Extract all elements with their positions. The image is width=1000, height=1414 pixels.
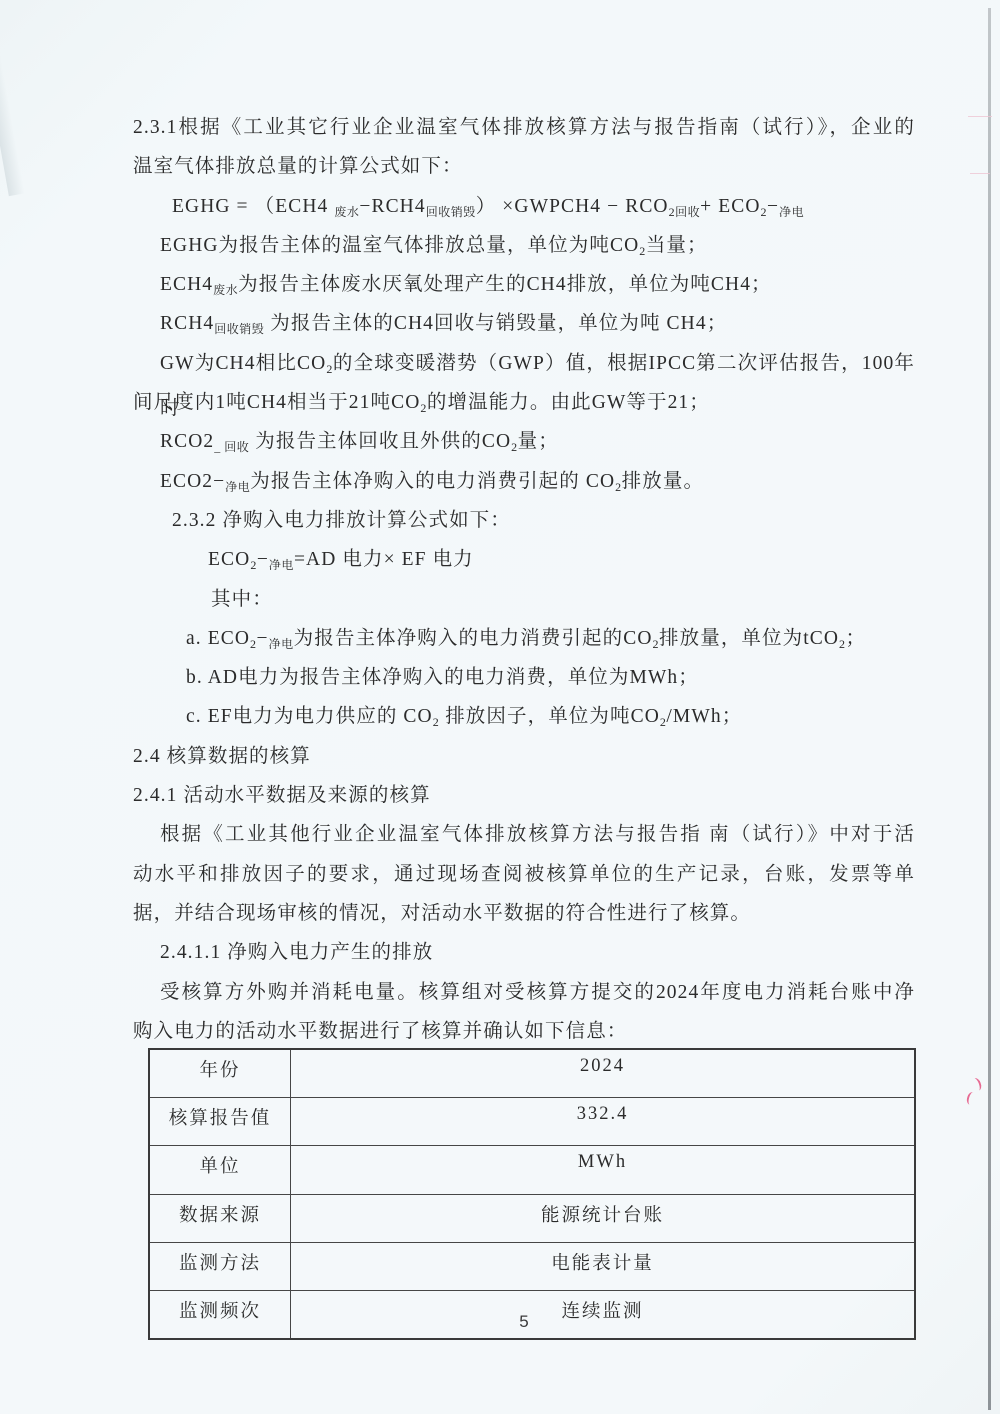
text-segment: ECH4 — [160, 274, 213, 295]
text-segment: 受核算方外购并消耗电量。核算组对受核算方提交的2024年度电力消耗台账中净 — [160, 982, 915, 1003]
text-line: ECH4废水为报告主体废水厌氧处理产生的CH4排放，单位为吨CH4； — [0, 265, 1000, 304]
scan-pink-mark — [965, 1091, 977, 1106]
text-segment: −RCH4 — [359, 196, 425, 217]
text-segment: ECO2− — [160, 471, 225, 492]
text-line: ECO2−净电为报告主体净购入的电力消费引起的 CO2排放量。 — [0, 462, 1000, 501]
table-row: 年份2024 — [149, 1049, 915, 1098]
text-line: 购入电力的活动水平数据进行了核算并确认如下信息： — [0, 1012, 1000, 1051]
text-line: GW为CH4相比CO2的全球变暖潜势（GWP）值，根据IPCC第二次评估报告，1… — [0, 344, 915, 383]
text-segment: 为报告主体回收且外供的CO — [249, 431, 511, 452]
subscript-text: 净电 — [269, 558, 294, 572]
text-line: a. ECO2−净电为报告主体净购入的电力消费引起的CO2排放量，单位为tCO2… — [0, 619, 1000, 658]
text-line: 根据《工业其他行业企业温室气体排放核算方法与报告指 南（试行）》中对于活 — [0, 815, 915, 854]
row-label: 年份 — [149, 1049, 291, 1098]
text-segment: − — [257, 628, 269, 649]
row-value: 332.4 — [291, 1098, 916, 1146]
text-segment: b. AD电力为报告主体净购入的电力消费，单位为MWh； — [186, 667, 699, 688]
text-segment: 据，并结合现场审核的情况，对活动水平数据的符合性进行了核算。 — [133, 903, 751, 924]
text-line: b. AD电力为报告主体净购入的电力消费，单位为MWh； — [0, 658, 1000, 697]
subscript-text: 净电 — [225, 480, 250, 494]
text-line: 受核算方外购并消耗电量。核算组对受核算方提交的2024年度电力消耗台账中净 — [0, 973, 915, 1012]
text-segment: 根据《工业其他行业企业温室气体排放核算方法与报告指 南（试行）》中对于活 — [160, 824, 915, 845]
table-row: 单位MWh — [149, 1146, 915, 1194]
text-line: RCH4回收销毁 为报告主体的CH4回收与销毁量，单位为吨 CH4； — [0, 304, 1000, 343]
text-line: 据，并结合现场审核的情况，对活动水平数据的符合性进行了核算。 — [0, 894, 1000, 933]
text-segment: EGHG为报告主体的温室气体排放总量，单位为吨CO — [160, 235, 639, 256]
text-segment: 2.4.1.1 净购入电力产生的排放 — [160, 942, 433, 963]
row-label: 核算报告值 — [149, 1098, 291, 1146]
text-segment: EGHG = （ECH4 — [172, 196, 334, 217]
subscript-text: 净电 — [779, 205, 804, 219]
subscript-text: 废水 — [213, 283, 238, 297]
activity-data-table: 年份2024核算报告值332.4单位MWh数据来源能源统计台账监测方法电能表计量… — [148, 1048, 916, 1340]
text-segment: 2.4 核算数据的核算 — [133, 746, 311, 767]
text-lines: 2.3.1根据《工业其它行业企业温室气体排放核算方法与报告指南（试行）》，企业的… — [0, 108, 1000, 1051]
text-line: 间尺度内1吨CH4相当于21吨CO2的增温能力。由此GW等于21； — [0, 383, 1000, 422]
row-label: 监测方法 — [149, 1242, 291, 1290]
text-line: EGHG为报告主体的温室气体排放总量，单位为吨CO2当量； — [0, 226, 1000, 265]
text-segment: 2.3.2 净购入电力排放计算公式如下： — [172, 510, 511, 531]
document-page: 2.3.1根据《工业其它行业企业温室气体排放核算方法与报告指南（试行）》，企业的… — [0, 0, 1000, 1414]
subscript-text: 2回收 — [669, 205, 701, 219]
text-segment: RCO2 — [160, 431, 214, 452]
row-label: 单位 — [149, 1146, 291, 1194]
activity-table-body: 年份2024核算报告值332.4单位MWh数据来源能源统计台账监测方法电能表计量… — [149, 1049, 915, 1339]
text-line: 2.4 核算数据的核算 — [0, 737, 1000, 776]
text-segment: a. ECO — [186, 628, 250, 649]
text-segment: 2.4.1 活动水平数据及来源的核算 — [133, 785, 431, 806]
text-segment: RCH4 — [160, 313, 214, 334]
text-line: 2.3.1根据《工业其它行业企业温室气体排放核算方法与报告指南（试行）》，企业的 — [0, 108, 915, 147]
text-segment: c. EF电力为电力供应的 CO — [186, 706, 433, 727]
text-segment: ） ×GWPCH4 − RCO — [476, 196, 669, 217]
text-line: RCO2_ 回收 为报告主体回收且外供的CO2量； — [0, 422, 1000, 461]
text-line: 2.3.2 净购入电力排放计算公式如下： — [0, 501, 1000, 540]
subscript-text: 回收销毁 — [214, 322, 264, 336]
subscript-text: 回收销毁 — [426, 205, 476, 219]
text-line: 其中： — [0, 580, 1000, 619]
scan-pink-mark — [970, 1077, 983, 1092]
text-segment: 为报告主体净购入的电力消费引起的 CO — [250, 471, 615, 492]
text-line: 2.4.1.1 净购入电力产生的排放 — [0, 933, 1000, 972]
text-segment: 温室气体排放总量的计算公式如下： — [133, 156, 463, 177]
text-line: EGHG = （ECH4 废水−RCH4回收销毁） ×GWPCH4 − RCO2… — [0, 187, 1000, 226]
text-segment: ； — [846, 628, 867, 649]
text-line: ECO2−净电=AD 电力× EF 电力 — [0, 540, 1000, 579]
row-value: 能源统计台账 — [291, 1194, 916, 1242]
text-segment: ECO — [208, 549, 250, 570]
row-value: 2024 — [291, 1049, 916, 1098]
text-segment: 排放因子，单位为吨CO — [439, 706, 660, 727]
text-segment: 动水平和排放因子的要求，通过现场查阅被核算单位的生产记录，台账，发票等单 — [133, 864, 915, 885]
text-segment: /MWh； — [666, 706, 742, 727]
text-segment: 2.3.1根据《工业其它行业企业温室气体排放核算方法与报告指南（试行）》，企业的 — [133, 117, 915, 138]
text-segment: − — [257, 549, 269, 570]
text-segment: 其中： — [211, 589, 273, 610]
table-row: 监测方法电能表计量 — [149, 1242, 915, 1290]
text-segment: 的增温能力。由此GW等于21； — [427, 392, 710, 413]
text-segment: 当量； — [646, 235, 708, 256]
text-segment: 间尺度内1吨CH4相当于21吨CO — [133, 392, 420, 413]
text-segment: GW为CH4相比CO — [160, 353, 326, 374]
subscript-text: 废水 — [334, 205, 359, 219]
text-line: 温室气体排放总量的计算公式如下： — [0, 147, 1000, 186]
table-row: 核算报告值332.4 — [149, 1098, 915, 1146]
text-segment: 排放量，单位为tCO — [659, 628, 839, 649]
subscript-text: _ 回收 — [214, 440, 249, 454]
row-label: 数据来源 — [149, 1194, 291, 1242]
text-segment: 量； — [518, 431, 559, 452]
text-segment: 购入电力的活动水平数据进行了核算并确认如下信息： — [133, 1021, 627, 1042]
text-segment: 为报告主体废水厌氧处理产生的CH4排放，单位为吨CH4； — [238, 274, 771, 295]
text-segment: 为报告主体的CH4回收与销毁量，单位为吨 CH4； — [264, 313, 727, 334]
text-segment: 为报告主体净购入的电力消费引起的CO — [294, 628, 653, 649]
text-line: 动水平和排放因子的要求，通过现场查阅被核算单位的生产记录，台账，发票等单 — [0, 855, 915, 894]
text-segment: =AD 电力× EF 电力 — [294, 549, 474, 570]
text-segment: − — [767, 196, 779, 217]
row-value: MWh — [291, 1146, 916, 1194]
page-number: 5 — [0, 1312, 1000, 1332]
row-value: 电能表计量 — [291, 1242, 916, 1290]
text-segment: + ECO — [700, 196, 760, 217]
text-line: c. EF电力为电力供应的 CO2 排放因子，单位为吨CO2/MWh； — [0, 697, 1000, 736]
text-segment: 排放量。 — [622, 471, 704, 492]
text-line: 2.4.1 活动水平数据及来源的核算 — [0, 776, 1000, 815]
subscript-text: 净电 — [269, 637, 294, 651]
table-row: 数据来源能源统计台账 — [149, 1194, 915, 1242]
